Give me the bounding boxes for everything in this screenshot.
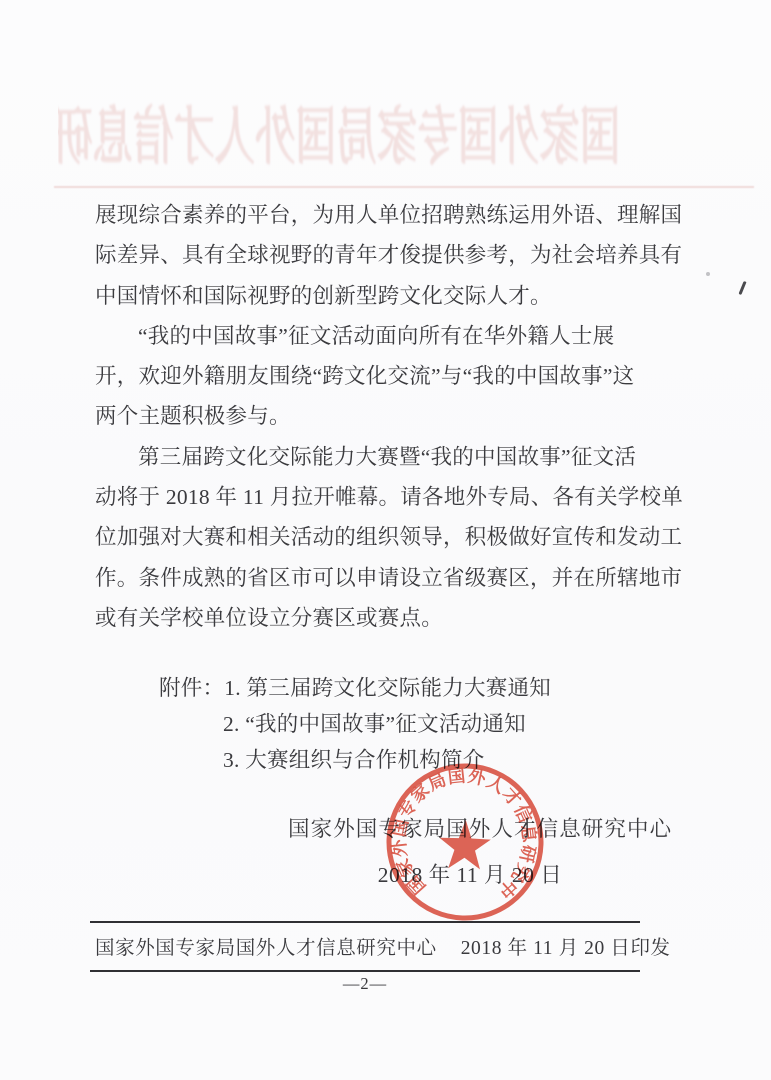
footer-print-date: 2018 年 11 月 20 日印发 (461, 932, 671, 960)
body-line: 展现综合素养的平台，为用人单位招聘熟练运用外语、理解国 (95, 195, 687, 235)
body-line: 开，欢迎外籍朋友围绕“跨文化交流”与“我的中国故事”这 (95, 356, 687, 396)
document-body: 展现综合素养的平台，为用人单位招聘熟练运用外语、理解国 际差异、具有全球视野的青… (95, 195, 687, 638)
scanned-document-page: 国家外国专家局国外人才信息研究中心 展现综合素养的平台，为用人单位招聘熟练运用外… (0, 0, 771, 1080)
attachment-item-2: 2. “我的中国故事”征文活动通知 (159, 707, 551, 743)
body-line: 中国情怀和国际视野的创新型跨文化交际人才。 (95, 276, 687, 316)
attachment-item-1: 附件：1. 第三届跨文化交际能力大赛通知 (159, 671, 551, 707)
page-number: —2— (90, 974, 640, 994)
body-line: 两个主题积极参与。 (95, 396, 687, 436)
pen-mark-artifact (738, 281, 746, 295)
dust-speck-artifact (706, 272, 710, 276)
bleedthrough-letterhead: 国家外国专家局国外人才信息研究中心 (58, 92, 710, 184)
bleedthrough-rule (54, 186, 754, 188)
body-line-paragraph-start: “我的中国故事”征文活动面向所有在华外籍人士展 (95, 316, 687, 356)
attachments-list: 附件：1. 第三届跨文化交际能力大赛通知 2. “我的中国故事”征文活动通知 3… (159, 671, 551, 778)
document-footer: 国家外国专家局国外人才信息研究中心 2018 年 11 月 20 日印发 (90, 921, 640, 972)
bleedthrough-letterhead-text: 国家外国专家局国外人才信息研究中心 (148, 92, 621, 184)
body-line: 或有关学校单位设立分赛区或赛点。 (95, 598, 687, 638)
body-line: 际差异、具有全球视野的青年才俊提供参考，为社会培养具有 (95, 235, 687, 275)
body-line: 动将于 2018 年 11 月拉开帷幕。请各地外专局、各有关学校单 (95, 477, 687, 517)
body-line-paragraph-start: 第三届跨文化交际能力大赛暨“我的中国故事”征文活 (95, 437, 687, 477)
body-line: 位加强对大赛和相关活动的组织领导，积极做好宣传和发动工 (95, 517, 687, 557)
attachment-item-text: 1. 第三届跨文化交际能力大赛通知 (224, 676, 551, 700)
attachment-item-3: 3. 大赛组织与合作机构简介 (159, 743, 551, 779)
signing-organization: 国家外国专家局国外人才信息研究中心 (288, 812, 672, 843)
signing-date: 2018 年 11 月 20 日 (278, 858, 662, 889)
body-line: 作。条件成熟的省区市可以申请设立省级赛区，并在所辖地市 (95, 558, 687, 598)
footer-issuer: 国家外国专家局国外人才信息研究中心 (95, 932, 437, 960)
signature-block: 国家外国专家局国外人才信息研究中心 2018 年 11 月 20 日 (288, 812, 672, 889)
attachments-label: 附件： (159, 676, 224, 700)
